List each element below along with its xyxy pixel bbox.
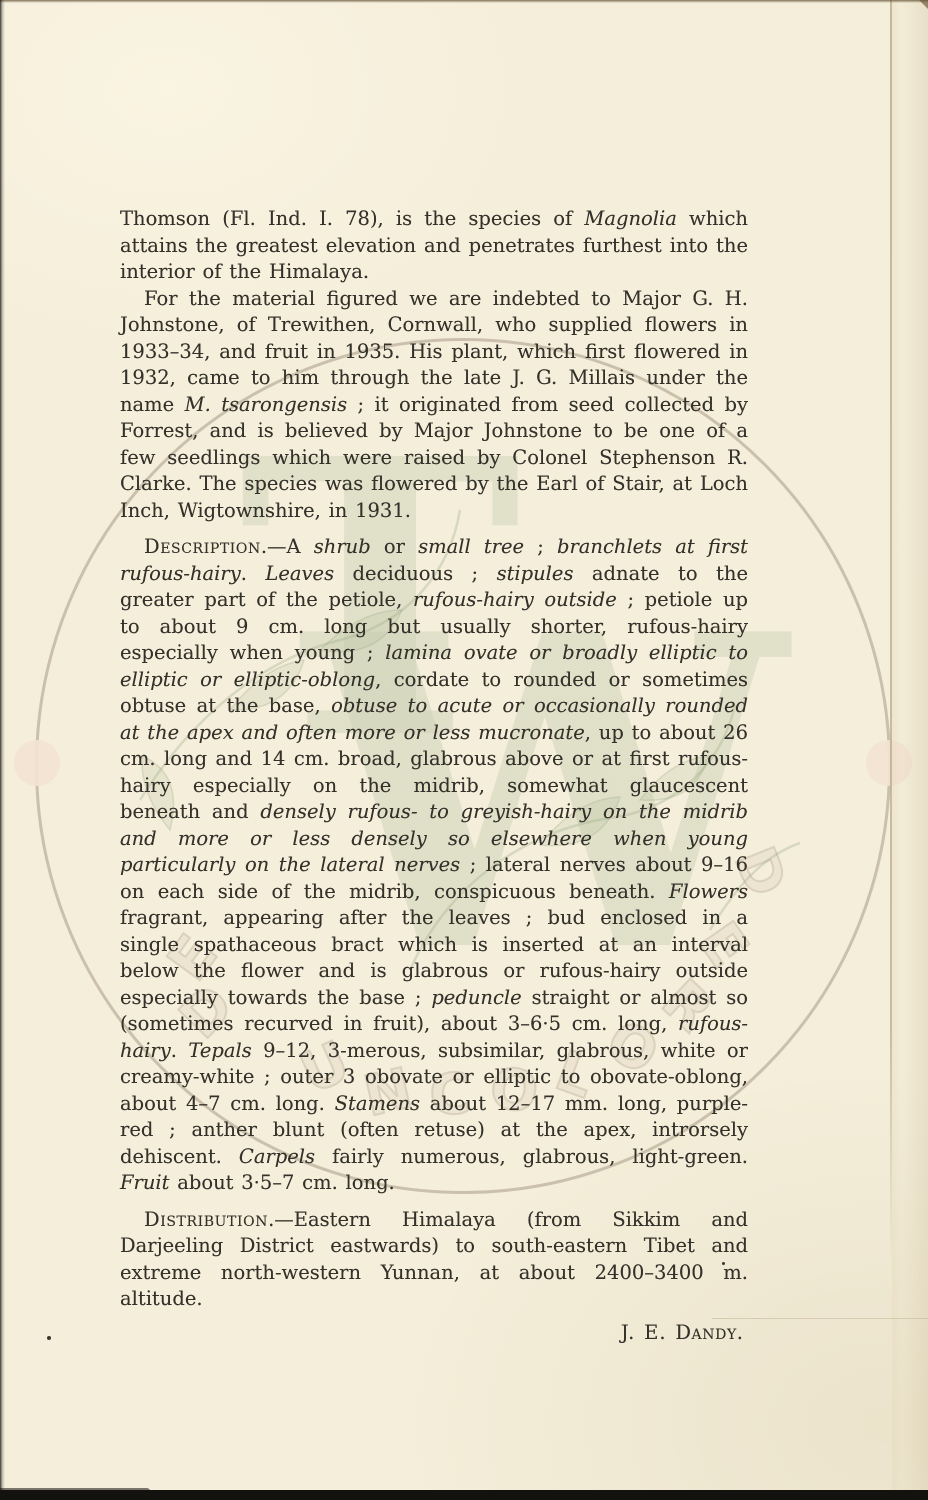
scan-edge-top: [0, 0, 928, 3]
para-description-run: shrub: [314, 535, 371, 558]
para-description-run: about 3·5–7 cm. long.: [169, 1171, 394, 1194]
ink-speck: [722, 1262, 725, 1265]
para-description-run: small tree: [418, 535, 524, 558]
page-edge-line: [890, 0, 892, 1320]
para-description-run: Tepals: [188, 1039, 251, 1062]
para-description-run: Fruit: [120, 1171, 169, 1194]
para-description-run: Flowers: [669, 880, 748, 903]
para-distribution-run: Distribution: [144, 1208, 268, 1231]
para-signature-run: .: [737, 1321, 744, 1344]
para-intro-run: Thomson (Fl. Ind. I. 78), is the species…: [120, 207, 584, 230]
para-description-run: .—A: [261, 535, 314, 558]
para-signature: J. E. Dandy.: [120, 1320, 748, 1347]
para-provenance-run: M. tsarongensis: [185, 393, 348, 416]
para-intro: Thomson (Fl. Ind. I. 78), is the species…: [120, 206, 748, 286]
text-block: Thomson (Fl. Ind. I. 78), is the species…: [120, 206, 748, 1346]
para-description-run: fairly numerous, glabrous, light-green.: [315, 1145, 748, 1168]
adjacent-page-strip: [892, 0, 928, 1500]
scan-edge-left: [0, 0, 5, 1500]
watermark-dot-left: [14, 740, 60, 786]
para-description-run: rufous-hairy outside: [413, 588, 617, 611]
para-description-run: peduncle: [431, 986, 521, 1009]
para-provenance: For the material figured we are indebted…: [120, 286, 748, 525]
para-signature-run: Dandy: [675, 1321, 736, 1344]
para-description-run: Carpels: [239, 1145, 315, 1168]
para-distribution: Distribution.—Eastern Himalaya (from Sik…: [120, 1207, 748, 1313]
para-description-run: Description: [144, 535, 261, 558]
para-description-run: stipules: [497, 562, 574, 585]
paper-crease: [712, 1318, 928, 1319]
para-description: Description.—A shrub or small tree ; bra…: [120, 534, 748, 1197]
para-description-run: deciduous ;: [334, 562, 496, 585]
para-description-run: .: [241, 562, 266, 585]
para-signature-run: J. E.: [621, 1321, 675, 1344]
para-description-run: ;: [524, 535, 557, 558]
para-description-run: Stamens: [335, 1092, 420, 1115]
para-description-run: Leaves: [265, 562, 334, 585]
scanned-book-page: TW EDUNCOLORED Thomson (Fl. Ind. I. 78),…: [0, 0, 928, 1500]
ink-speck: [47, 1336, 51, 1340]
para-intro-run: Magnolia: [584, 207, 676, 230]
para-description-run: or: [371, 535, 418, 558]
para-description-run: .: [171, 1039, 189, 1062]
scan-edge-bottom-shadow: [0, 1488, 150, 1492]
